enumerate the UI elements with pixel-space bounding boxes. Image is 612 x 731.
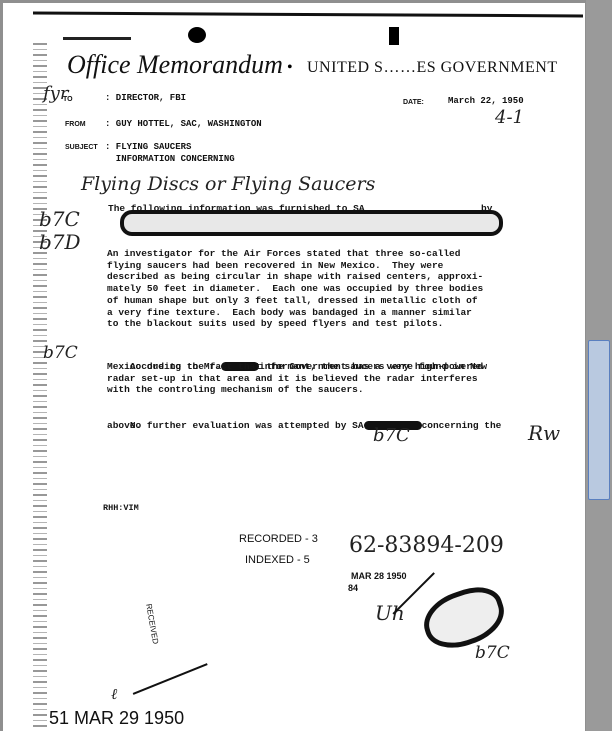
margin-b7c-lower: b7C bbox=[373, 425, 410, 446]
file-number: 62-83894-209 bbox=[349, 533, 504, 558]
agency-name: UNITED S……ES GOVERNMENT bbox=[307, 59, 558, 77]
indexed-stamp: INDEXED - 5 bbox=[245, 554, 310, 566]
p3-text-b: concerning the bbox=[422, 420, 502, 431]
scrollbar-thumb[interactable] bbox=[588, 340, 610, 500]
from-value: : GUY HOTTEL, SAC, WASHINGTON bbox=[105, 119, 262, 129]
margin-b7c-bottom: b7C bbox=[475, 643, 510, 663]
p1-line: An investigator for the Air Forces state… bbox=[107, 248, 460, 260]
subject-line-2: INFORMATION CONCERNING bbox=[105, 154, 235, 164]
p1-line: of human shape but only 3 feet tall, dre… bbox=[107, 295, 478, 307]
form-number-mark bbox=[63, 37, 131, 40]
from-label: FROM bbox=[65, 121, 86, 128]
p2-line: with the controling mechanism of the sau… bbox=[107, 384, 364, 396]
memo-title: Office Memorandum bbox=[67, 50, 283, 80]
p3-line-2: above. bbox=[107, 420, 141, 432]
p3-text-a: No further evaluation was attempted by S… bbox=[130, 420, 364, 431]
ink-blot bbox=[188, 27, 206, 43]
received-code: 84 bbox=[348, 583, 358, 593]
to-label: TO bbox=[63, 96, 73, 103]
p1-line: described as being circular in shape wit… bbox=[107, 271, 483, 283]
recorded-stamp: RECORDED - 3 bbox=[239, 533, 318, 545]
handwritten-initials: Rw bbox=[528, 421, 560, 445]
typist-initials: RHH:VIM bbox=[103, 503, 139, 515]
top-rule bbox=[33, 12, 583, 18]
ink-blot bbox=[389, 27, 399, 45]
date-label: DATE: bbox=[403, 99, 424, 106]
document-page: Office Memorandum • UNITED S……ES GOVERNM… bbox=[3, 3, 585, 731]
subject-label: SUBJECT bbox=[65, 144, 98, 151]
bottom-date-stamp: 51 MAR 29 1950 bbox=[49, 708, 184, 729]
p1-line: a very fine texture. Each body was banda… bbox=[107, 307, 472, 319]
to-value: : DIRECTOR, FBI bbox=[105, 93, 186, 103]
p2-line: radar set-up in that area and it is beli… bbox=[107, 373, 478, 385]
title-bullet: • bbox=[287, 59, 293, 77]
signature-line bbox=[133, 663, 208, 694]
p1-line: mately 50 feet in diameter. Each one was… bbox=[107, 283, 483, 295]
handwritten-heading: Flying Discs or Flying Saucers bbox=[81, 173, 375, 195]
vertical-scrollbar[interactable] bbox=[586, 0, 612, 731]
margin-b7c-mid: b7C bbox=[43, 343, 78, 363]
p2-line: Mexico due to the fact that the Governme… bbox=[107, 361, 483, 373]
scan-margin-noise bbox=[33, 43, 47, 731]
signature-mark: ℓ bbox=[111, 685, 117, 704]
redaction-block bbox=[120, 210, 503, 236]
received-date-stamp: MAR 28 1950 bbox=[351, 571, 407, 581]
p1-line: to the blackout suits used by speed flye… bbox=[107, 318, 443, 330]
subject-line-1: : FLYING SAUCERS bbox=[105, 142, 191, 152]
p1-line: flying saucers had been recovered in New… bbox=[107, 260, 443, 272]
margin-b7d: b7D bbox=[39, 230, 81, 254]
date-value: March 22, 1950 bbox=[448, 96, 524, 106]
handwritten-date-mark: 4-1 bbox=[495, 107, 524, 128]
margin-b7c: b7C bbox=[39, 207, 80, 231]
p3-line-1: No further evaluation was attempted by S… bbox=[107, 408, 501, 443]
received-vertical-stamp: RECEIVED bbox=[144, 603, 160, 645]
